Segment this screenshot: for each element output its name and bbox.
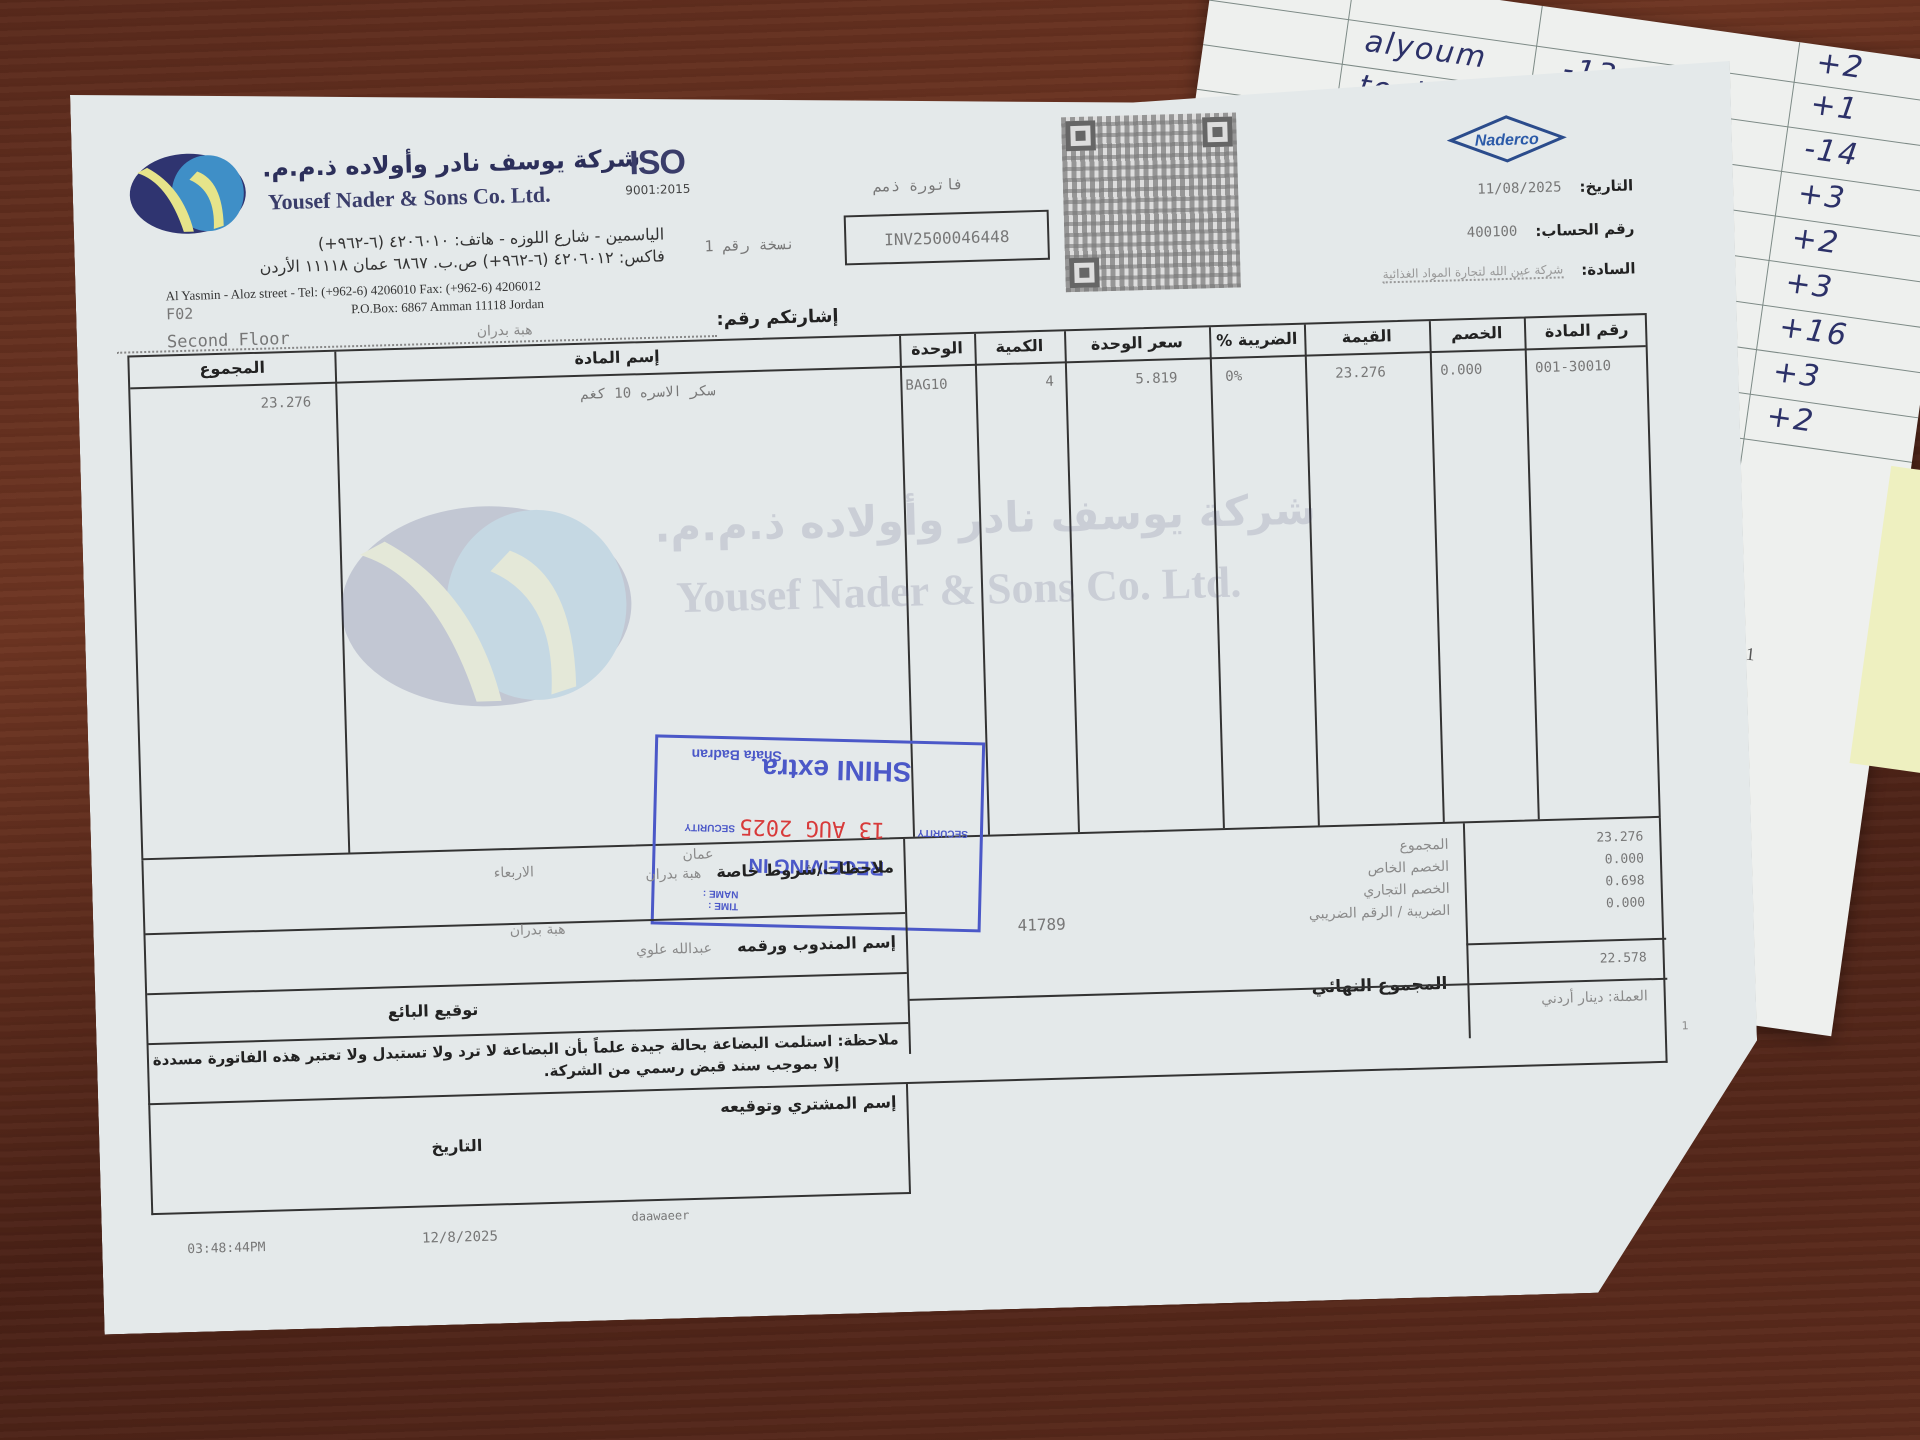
customer-label: السادة:: [1581, 259, 1636, 279]
totals-values: 23.276 0.000 0.698 0.000: [1493, 826, 1645, 918]
copy-number: نسخة رقم 1: [704, 235, 795, 256]
totals-labels: المجموع الخصم الخاص الخصم التجاري الضريب…: [1307, 834, 1451, 926]
notes-city: عمان: [682, 846, 713, 863]
customer-value: شركة عين الله لتجارة المواد الغذائية: [1382, 262, 1563, 283]
account-row: رقم الحساب: 400100: [1374, 219, 1634, 244]
log-value: +2: [1790, 220, 1843, 261]
qr-code-icon: [1061, 112, 1241, 292]
notes-day: الاربعاء: [494, 864, 535, 881]
account-label: رقم الحساب:: [1535, 219, 1634, 240]
cell-qty: 4: [1045, 374, 1054, 390]
company-name-ar: شركة يوسف نادر وأولاده ذ.م.م.: [262, 144, 641, 183]
notes-label: ملاحظات/شروط خاصة: [716, 857, 894, 881]
cell-tax: 0%: [1225, 368, 1242, 384]
log-value: +3: [1771, 354, 1824, 395]
cell-item-name: سكر الاسره 10 كغم: [580, 383, 715, 403]
tax-number: 41789: [1017, 915, 1066, 935]
reference-label: إشارتكم رقم:: [716, 306, 839, 330]
address-en: Al Yasmin - Aloz street - Tel: (+962-6) …: [165, 277, 544, 324]
recipient-name: هبة بدران: [477, 322, 533, 340]
stamp-brand: SHINI extra: [762, 752, 912, 788]
svg-text:Naderco: Naderco: [1475, 131, 1540, 150]
stamp-signer: Shafa Badran: [691, 746, 782, 764]
rep-name: عبدالله علوي: [636, 940, 712, 958]
log-value: -14: [1802, 131, 1861, 173]
page-number: 1: [1681, 1019, 1688, 1032]
watermark-text-en: Yousef Nader & Sons Co. Ltd.: [676, 556, 1242, 623]
header-value: القيمة: [1304, 325, 1429, 347]
cell-unit: BAG10: [905, 377, 948, 394]
header-qty: الكمية: [974, 335, 1064, 357]
cell-discount: 0.000: [1440, 362, 1483, 379]
log-value: +2: [1765, 398, 1818, 439]
stamp-date: 13 AUG 2025: [739, 813, 885, 842]
rep-label: إسم المندوب ورقمه: [737, 932, 896, 955]
iso-badge: ISO 9001:2015: [617, 143, 698, 198]
header-unit-price: سعر الوحدة: [1064, 331, 1209, 354]
seller-signature-label: توقيع البائع: [387, 1000, 478, 1022]
log-value: +3: [1783, 265, 1836, 306]
print-time: 03:48:44PM: [187, 1240, 266, 1257]
iso-standard: 9001:2015: [618, 182, 698, 198]
totals-label-tax: الضريبة / الرقم الضريبي: [1309, 900, 1451, 926]
company-name-en: Yousef Nader & Sons Co. Ltd.: [268, 182, 551, 216]
buyer-section: إسم المشتري وتوقيعه التاريخ: [148, 1084, 911, 1215]
print-user: daawaeer: [631, 1208, 689, 1224]
date-value: 11/08/2025: [1477, 179, 1562, 197]
invoice-sheet: شركة يوسف نادر وأولاده ذ.م.م. Yousef Nad…: [70, 49, 1764, 1335]
watermark-text-ar: شركة يوسف نادر وأولاده ذ.م.م.: [654, 484, 1317, 551]
items-table: رقم المادة إسم المادة الوحدة الكمية سعر …: [127, 313, 1661, 860]
invoice-type: فاتورة ذمم: [873, 175, 964, 196]
header-tax: الضريبة %: [1209, 329, 1304, 351]
log-value: +1: [1808, 86, 1861, 127]
currency-row: العملة: دينار أردني 1: [910, 978, 1669, 1054]
log-value: +3: [1796, 176, 1849, 217]
iso-mark: ISO: [617, 143, 698, 184]
branch-code: F02: [166, 305, 194, 324]
grand-total-value: 22.578: [1600, 950, 1647, 966]
account-value: 400100: [1467, 224, 1518, 241]
date-row: التاريخ: 11/08/2025: [1373, 176, 1633, 201]
lower-section: ملاحظات/شروط خاصة هبة بدران عمان الاربعا…: [141, 818, 1667, 1105]
header-discount: الخصم: [1429, 322, 1524, 344]
date-label: التاريخ:: [1579, 176, 1633, 195]
header-unit: الوحدة: [899, 338, 975, 359]
company-logo-icon: [127, 150, 249, 238]
cell-value: 23.276: [1335, 364, 1386, 381]
header-item-no: رقم المادة: [1524, 319, 1649, 341]
totals-box: المجموع الخصم الخاص الخصم التجاري الضريب…: [903, 818, 1669, 1054]
naderco-logo-icon: Naderco: [1446, 113, 1567, 164]
buyer-date-label: التاريخ: [431, 1136, 482, 1156]
watermark-logo-icon: [333, 493, 639, 721]
grand-total-row: 22.578: [1466, 938, 1667, 984]
invoice-number: INV2500046448: [844, 210, 1050, 266]
currency: العملة: دينار أردني: [1541, 988, 1648, 1007]
rep-extra: هبة بدران: [510, 921, 566, 939]
log-name: alyoum: [1363, 24, 1490, 76]
notes-name: هبة بدران: [645, 866, 701, 884]
stamp-security: SECURITY: [684, 821, 735, 833]
cell-total: 23.276: [260, 394, 311, 411]
log-value: +2: [1814, 45, 1867, 86]
cell-unit-price: 5.819: [1135, 370, 1178, 387]
buyer-label: إسم المشتري وتوقيعه: [720, 1092, 897, 1116]
totals-value-tax: 0.000: [1495, 892, 1646, 918]
cell-item-no: 001-30010: [1535, 358, 1611, 376]
print-date: 12/8/2025: [422, 1229, 498, 1247]
